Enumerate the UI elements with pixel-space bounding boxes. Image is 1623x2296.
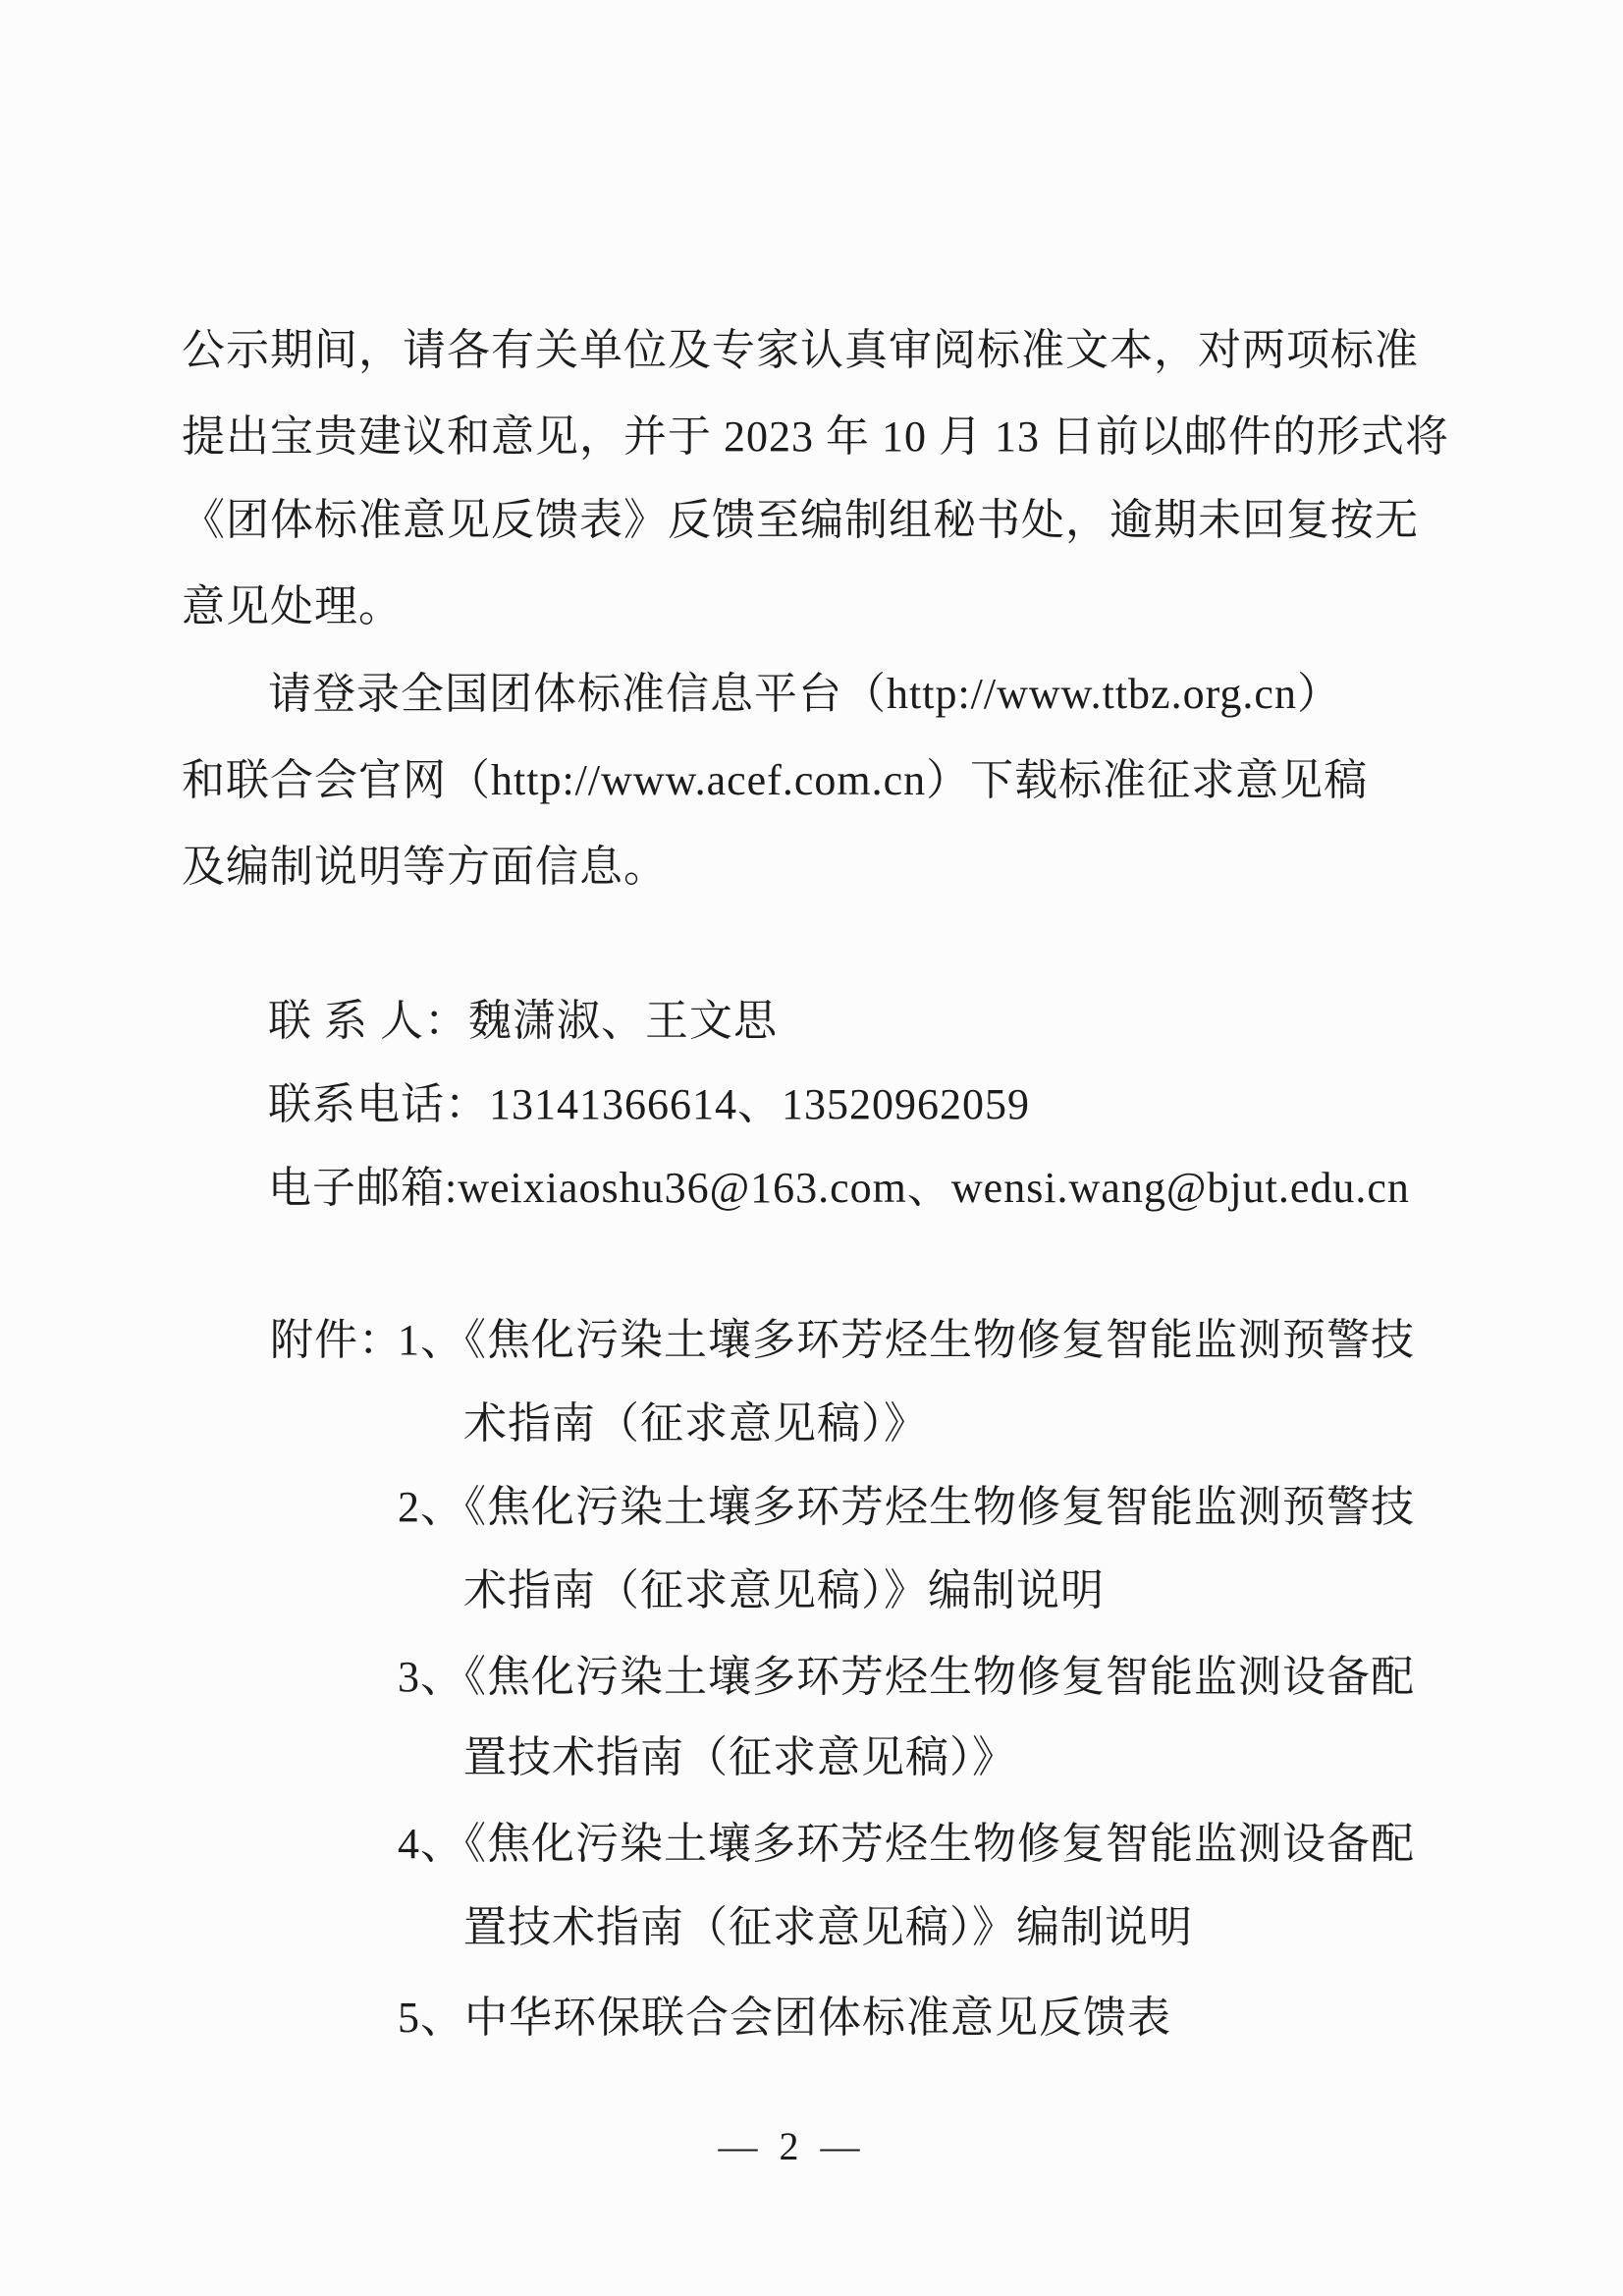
paragraph1-line1: 公示期间，请各有关单位及专家认真审阅标准文本，对两项标准 [182,327,1419,374]
attachment-item-4-line1: 4、《焦化污染土壤多环芳烃生物修复智能监测设备配 [398,1821,1415,1868]
attachment-item-1-line1: 1、《焦化污染土壤多环芳烃生物修复智能监测预警技 [398,1317,1415,1364]
attachment-item-2-line2: 术指南（征求意见稿）》编制说明 [463,1567,1105,1614]
attachments-label: 附件： [270,1317,403,1364]
contact-person-line: 联 系 人：魏潇淑、王文思 [268,998,778,1045]
page-number: — 2 — [0,2125,1584,2168]
paragraph2-line1: 请登录全国团体标准信息平台（http://www.ttbz.org.cn） [268,671,1341,718]
contact-email-line: 电子邮箱:weixiaoshu36@163.com、wensi.wang@bju… [268,1165,1410,1212]
scanned-document-page: 公示期间，请各有关单位及专家认真审阅标准文本，对两项标准 提出宝贵建议和意见，并… [0,0,1623,2296]
attachment-item-3-line2: 置技术指南（征求意见稿）》 [463,1734,1016,1781]
paragraph1-line4: 意见处理。 [182,583,403,630]
paragraph1-line2: 提出宝贵建议和意见，并于 2023 年 10 月 13 日前以邮件的形式将 [182,413,1449,461]
attachment-item-2-line1: 2、《焦化污染土壤多环芳烃生物修复智能监测预警技 [398,1484,1415,1531]
paragraph1-line3: 《团体标准意见反馈表》反馈至编制组秘书处，逾期未回复按无 [182,497,1419,544]
attachment-item-5-line1: 5、中华环保联合会团体标准意见反馈表 [398,1995,1171,2042]
attachment-item-3-line1: 3、《焦化污染土壤多环芳烃生物修复智能监测设备配 [398,1654,1415,1701]
paragraph2-line3: 及编制说明等方面信息。 [182,844,668,891]
attachment-item-1-line2: 术指南（征求意见稿）》 [463,1400,928,1448]
attachment-item-4-line2: 置技术指南（征求意见稿）》编制说明 [463,1904,1193,1951]
paragraph2-line2: 和联合会官网（http://www.acef.com.cn）下载标准征求意见稿 [182,757,1368,804]
contact-phone-line: 联系电话：13141366614、13520962059 [268,1081,1030,1128]
